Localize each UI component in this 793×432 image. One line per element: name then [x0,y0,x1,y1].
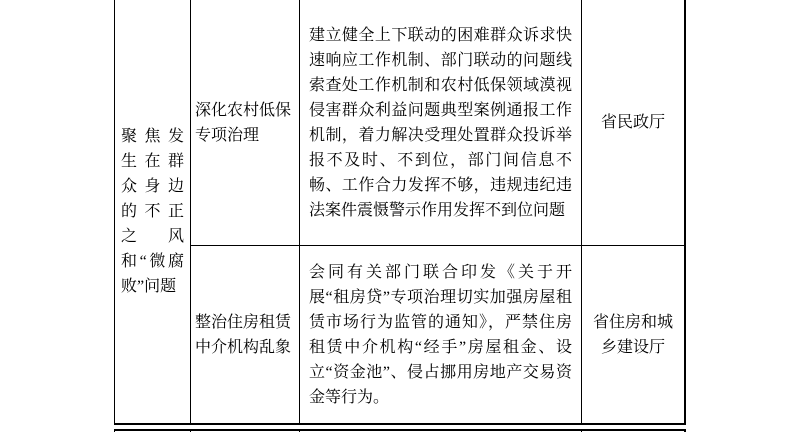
rectification-table: 聚焦发生在群众身边的不正之风和“微腐败”问题 深化农村低保专项治理 建立健全上下… [114,0,686,425]
department-cell-row1: 省民政厅 [582,0,684,246]
measure-text-row2: 会同有关部门联合印发《关于开展“租房贷”专项治理切实加强房屋租赁市场行为监管的通… [300,260,581,410]
measure-text-row1: 建立健全上下联动的困难群众诉求快速响应工作机制、部门联动的问题线索查处工作机制和… [300,23,581,223]
measure-cell-row1: 建立健全上下联动的困难群众诉求快速响应工作机制、部门联动的问题线索查处工作机制和… [300,0,582,246]
department-text-row1: 省民政厅 [582,110,684,135]
task-text-row1: 深化农村低保专项治理 [191,98,299,148]
task-text-row2: 整治住房租赁中介机构乱象 [191,310,299,360]
department-text-row2: 省住房和城乡建设厅 [582,310,684,360]
category-text: 聚焦发生在群众身边的不正之风和“微腐败”问题 [115,124,190,299]
measure-cell-row2: 会同有关部门联合印发《关于开展“租房贷”专项治理切实加强房屋租赁市场行为监管的通… [300,246,582,423]
next-table-top-border [114,429,686,431]
category-cell: 聚焦发生在群众身边的不正之风和“微腐败”问题 [115,0,191,423]
department-cell-row2: 省住房和城乡建设厅 [582,246,684,423]
document-page: 聚焦发生在群众身边的不正之风和“微腐败”问题 深化农村低保专项治理 建立健全上下… [0,0,793,432]
task-cell-row1: 深化农村低保专项治理 [191,0,300,246]
task-cell-row2: 整治住房租赁中介机构乱象 [191,246,300,423]
